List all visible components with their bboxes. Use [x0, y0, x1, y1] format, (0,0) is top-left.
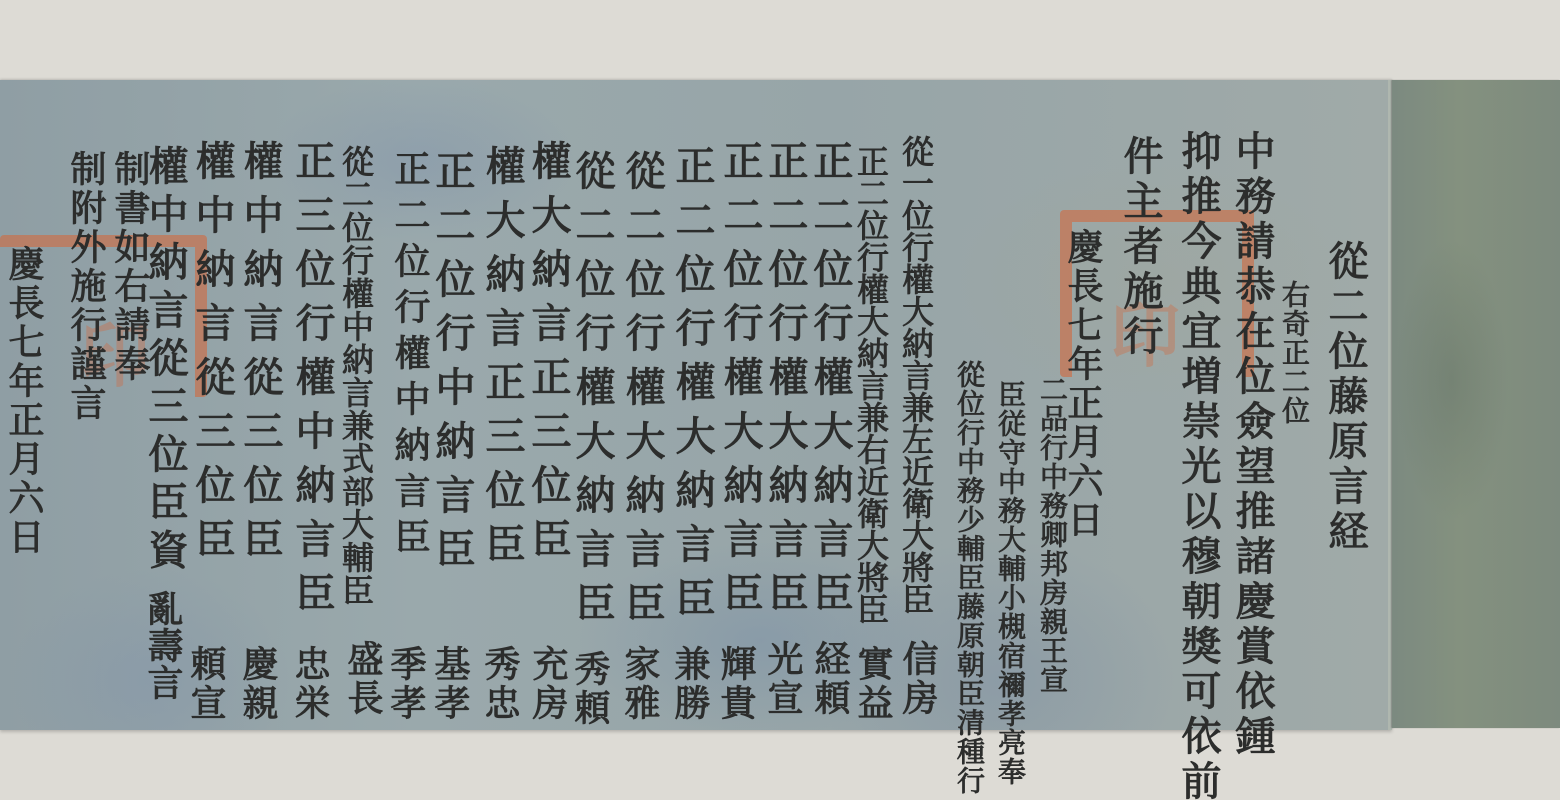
signatory-rank-3: 正二位行權大納言臣 — [810, 140, 850, 626]
scroll-backing — [1392, 80, 1560, 728]
signatory-name-12: 季孝 — [388, 645, 424, 723]
signatory-rank-7: 從二位行權大納言臣 — [622, 150, 662, 636]
signatory-name-8: 秀頼 — [572, 650, 608, 728]
rank-note: 右奇正二位 — [1280, 280, 1308, 425]
signatory-name-17: 亂壽言 — [145, 590, 181, 701]
petition-line-2: 抑推今典宜増崇光以穆朝獎可依前 — [1178, 130, 1218, 800]
final-date: 慶長七年正月六日 — [6, 245, 42, 557]
signatory-rank-12: 正二位行權中納言臣 — [392, 150, 428, 564]
signatory-name-10: 秀忠 — [482, 645, 518, 723]
signatory-name-13: 盛長 — [345, 640, 381, 718]
signatory-rank-16: 權中納言從三位臣 — [192, 140, 232, 572]
petition-line-1: 中務請恭在位僉望推諸慶賞依鍾 — [1232, 130, 1272, 760]
signatory-name-14: 忠栄 — [292, 645, 328, 723]
author-line: 從二位藤原言経 — [1325, 240, 1365, 555]
signatory-name-2: 實益 — [855, 645, 891, 723]
signatory-rank-2: 正二位行權大納言兼右近衛大將臣 — [855, 145, 887, 625]
signatory-rank-10: 權大納言正三位臣 — [482, 145, 522, 577]
official-line-1: 二品行中務卿邦房親王宣 — [1038, 375, 1066, 694]
signatory-rank-15: 權中納言從三位臣 — [240, 140, 280, 572]
signatory-rank-6: 正二位行權大納言臣 — [672, 145, 712, 631]
signatory-name-9: 充房 — [530, 645, 566, 723]
signatory-name-7: 家雅 — [622, 645, 658, 723]
signatory-name-1: 信房 — [900, 640, 936, 718]
signatory-name-5: 輝貴 — [718, 645, 754, 723]
signatory-rank-13: 從二位行權中納言兼式部大輔臣 — [340, 145, 372, 607]
signatory-name-11: 基孝 — [432, 645, 468, 723]
signatory-name-6: 兼勝 — [672, 645, 708, 723]
official-line-3: 從位行中務少輔臣藤原朝臣清種行 — [955, 360, 983, 795]
signatory-rank-9: 權大納言正三位臣 — [528, 140, 568, 572]
signatory-name-15: 慶親 — [240, 645, 276, 723]
signatory-name-3: 経頼 — [812, 640, 848, 718]
signatory-rank-5: 正二位行權大納言臣 — [720, 140, 760, 626]
closing-line-2: 制附外施行謹言 — [68, 150, 104, 423]
signatory-rank-17: 權中納言從三位臣資 — [145, 145, 185, 577]
petition-line-3: 件主者施行 — [1120, 135, 1160, 360]
first-date: 慶長七年正月六日 — [1065, 228, 1101, 540]
signatory-rank-1: 從一位行權大納言兼左近衛大將臣 — [900, 135, 932, 615]
signatory-rank-8: 從二位行權大納言臣 — [572, 150, 612, 636]
signatory-rank-4: 正二位行權大納言臣 — [765, 140, 805, 626]
signatory-name-4: 光宣 — [765, 640, 801, 718]
signatory-rank-11: 正二位行中納言臣 — [432, 150, 472, 582]
closing-line-1: 制書如右請奉 — [112, 150, 148, 384]
signatory-rank-14: 正三位行權中納言臣 — [292, 140, 332, 626]
signatory-name-16: 頼宣 — [188, 645, 224, 723]
official-line-2: 臣従守中務大輔小槻宿禰孝亮奉 — [996, 380, 1024, 786]
